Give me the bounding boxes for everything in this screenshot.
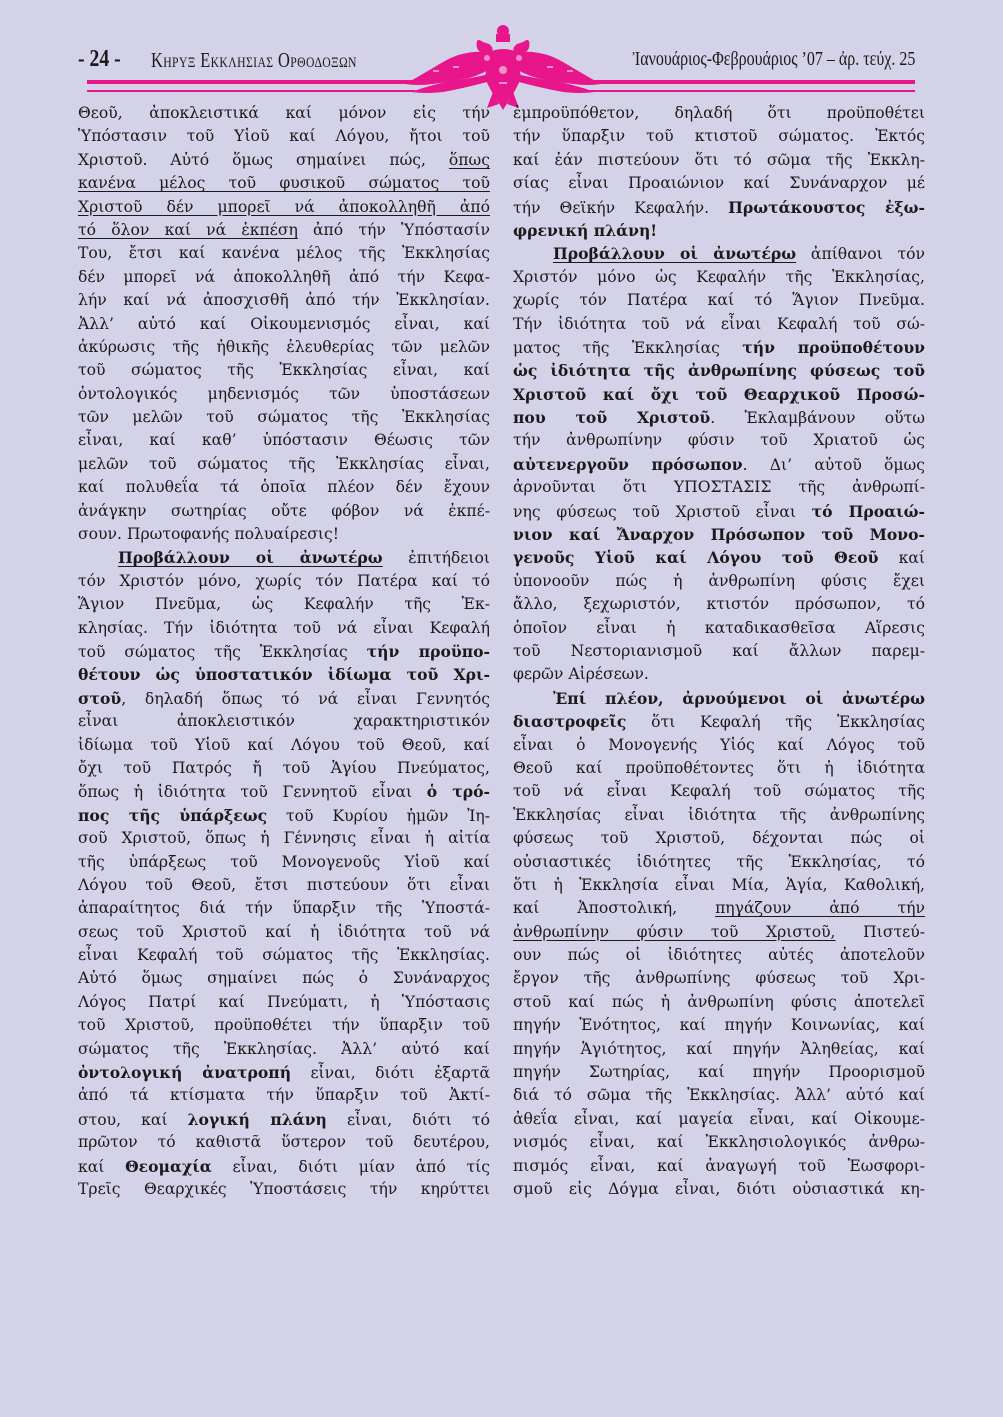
text-line: διά τό σῶμα τῆς Ἐκκλησίας. Ἀλλ’ αὐτό καί [513,1084,925,1107]
emphasis-text: διαστροφεῖς [513,712,626,731]
text-segment: τοῦ Κυρίου ἡμῶν Ἰη- [267,807,490,825]
text-line: Προβάλλουν οἱ ἀνωτέρω ἀπίθανοι τόν [513,242,925,265]
text-segment: στοῦ καί πώς ἡ ἀνθρωπίνη φύσις ἀποτελεῖ [513,993,925,1011]
text-segment: πρῶτον τό καθιστᾶ ὕστερον τοῦ δευτέρου, [78,1133,490,1151]
text-segment: φερῶν Αἱρέσεων. [513,665,649,683]
text-line: τοῦ σώματος τῆς Ἐκκλησίας τήν προϋπο- [78,640,490,663]
emphasis-text: πος τῆς ὑπάρξεως [78,806,267,825]
text-segment: τοῦ νά εἶναι Κεφαλή τοῦ σώματος τῆς [513,782,925,800]
text-segment: τοῦ σώματος τῆς Ἐκκλησίας εἶναι, καί [78,361,490,379]
text-segment: εἶναι, διότι μίαν ἀπό τίς [212,1158,490,1176]
text-line: γενοῦς Υἱοῦ καί Λόγου τοῦ Θεοῦ καί [513,546,925,569]
page-number: - 24 - [78,46,121,73]
text-segment: σμοῦ εἰς Δόγμα εἶναι, διότι οὐσιαστικά κ… [513,1180,925,1198]
text-segment: Τρεῖς Θεαρχικές Ὑποστάσεις τήν κηρύττει [78,1180,490,1198]
text-line: ουν πώς οἱ ἰδιότητες αὐτές ἀποτελοῦν [513,944,925,967]
text-line: Χριστόν μόνο ὡς Κεφαλήν τῆς Ἐκκλησίας, [513,266,925,289]
text-line: θέτουν ὡς ὑποστατικόν ἰδίωμα τοῦ Χρι- [78,663,490,686]
text-line: Χριστοῦ καί ὄχι τοῦ Θεαρχικοῦ Προσώ- [513,383,925,406]
text-line: Θεοῦ, ἀποκλειστικά καί μόνον εἰς τήν [78,102,490,125]
text-line: στου, καί λογική πλάνη εἶναι, διότι τό [78,1108,490,1131]
text-line: οὐσιαστικές ἰδιότητες τῆς Ἐκκλησίας, τό [513,851,925,874]
text-line: σμοῦ εἰς Δόγμα εἶναι, διότι οὐσιαστικά κ… [513,1178,925,1201]
emphasis-text: γενοῦς Υἱοῦ καί Λόγου τοῦ Θεοῦ [513,548,878,567]
text-segment: , δηλαδή ὅπως τό νά εἶναι Γεννητός [121,690,490,708]
emphasis-text: που τοῦ Χριστοῦ [513,408,710,427]
emphasis-text: Πρωτάκουστος ἐξω- [728,198,925,217]
text-line: νιον καί Ἄναρχον Πρόσωπον τοῦ Μονο- [513,523,925,546]
text-line: στοῦ καί πώς ἡ ἀνθρωπίνη φύσις ἀποτελεῖ [513,991,925,1014]
text-segment: χωρίς τόν Πατέρα καί τό Ἅγιον Πνεῦμα. [513,291,925,309]
text-line: σώματος τῆς Ἐκκλησίας. Ἀλλ’ αὐτό καί [78,1038,490,1061]
text-segment: ἀκύρωσις τῆς ἠθικῆς ἐλευθερίας τῶν μελῶν [78,338,490,356]
text-segment: κλησίας. Τήν ἰδιότητα τοῦ νά εἶναι Κεφαλ… [78,619,490,637]
emphasis-text: τήν προϋποθέτουν [742,338,925,357]
text-segment: Πιστεύ- [836,923,925,941]
text-line: ἔργον τῆς ἀνθρωπίνης φύσεως τοῦ Χρι- [513,967,925,990]
text-segment: τόν Χριστόν μόνο, χωρίς τόν Πατέρα καί τ… [78,572,490,590]
text-segment: διά τό σῶμα τῆς Ἐκκλησίας. Ἀλλ’ αὐτό καί [513,1086,925,1104]
text-segment: ὀντολογικός μηδενισμός τῶν ὑποστάσεων [78,385,490,403]
text-segment: ἀνάγκην σωτηρίας οὔτε φόβον νά ἐκπέ- [78,502,490,520]
text-segment: εἶναι, διότι ἐξαρτᾶ [291,1064,490,1082]
text-segment: ἐμπροϋπόθετον, δηλαδή ὅτι προϋποθέτει [513,104,925,122]
text-segment: ὑπονοοῦν πώς ἡ ἀνθρωπίνη φύσις ἔχει [513,572,925,590]
text-line: Αὐτό ὅμως σημαίνει πώς ὁ Συνάναρχος [78,967,490,990]
text-line: ὀντολογική ἀνατροπή εἶναι, διότι ἐξαρτᾶ [78,1061,490,1084]
text-line: Ἐπί πλέον, ἀρνούμενοι οἱ ἀνωτέρω [513,687,925,710]
text-line: Τρεῖς Θεαρχικές Ὑποστάσεις τήν κηρύττει [78,1178,490,1201]
text-line: εἶναι Κεφαλή τοῦ σώματος τῆς Ἐκκλησίας. [78,944,490,967]
text-line: ὅπως ἡ ἰδιότητα τοῦ Γεννητοῦ εἶναι ὁ τρό… [78,780,490,803]
text-line: Λόγου τοῦ Θεοῦ, ἔτσι πιστεύουν ὅτι εἶναι [78,874,490,897]
text-segment: λήν καί νά ἀποσχισθῆ ἀπό τήν Ἐκκλησίαν. [78,291,490,309]
text-line: διαστροφεῖς ὅτι Κεφαλή τῆς Ἐκκλησίας [513,710,925,733]
text-segment: Ὑπόστασιν τοῦ Υἱοῦ καί Λόγου, ἤτοι τοῦ [78,127,490,145]
text-line: Λόγος Πατρί καί Πνεύματι, ἡ Ὑπόστασις [78,991,490,1014]
text-line: φρενική πλάνη! [513,219,925,242]
text-segment: ἀπό τήν Ὑπόστασίν [298,221,490,239]
text-segment: τήν Θεϊκήν Κεφαλήν. [513,199,728,217]
text-line: φύσεως τοῦ Χριστοῦ, δέχονται πώς οἱ [513,827,925,850]
journal-title: Κηρυξ Εκκλησιας Ορθοδοξων [151,48,357,73]
text-segment: πηγήν Ἑνότητος, καί πηγήν Κοινωνίας, καί [513,1016,925,1034]
text-line: ὀντολογικός μηδενισμός τῶν ὑποστάσεων [78,383,490,406]
text-line: καί Ἀποστολική, πηγάζουν ἀπό τήν [513,897,925,920]
text-line: ὄχι τοῦ Πατρός ἤ τοῦ Ἁγίου Πνεύματος, [78,757,490,780]
text-segment: τοῦ Νεστοριανισμοῦ καί ἄλλων παρεμ- [513,642,925,660]
text-line: ὡς ἰδιότητα τῆς ἀνθρωπίνης φύσεως τοῦ [513,359,925,382]
text-segment: δέν μπορεῖ νά ἀποκολληθῆ ἀπό τήν Κεφα- [78,268,490,286]
text-segment: ὁποῖον εἶναι ἡ καταδικασθεῖσα Αἵρεσις [513,619,925,637]
text-segment: Θεοῦ, ἀποκλειστικά καί μόνον εἰς τήν [78,104,490,122]
text-line: Ἐκκλησίας εἶναι ἰδιότητα τῆς ἀνθρωπίνης [513,804,925,827]
text-line: Ὑπόστασιν τοῦ Υἱοῦ καί Λόγου, ἤτοι τοῦ [78,125,490,148]
text-segment: ἔργον τῆς ἀνθρωπίνης φύσεως τοῦ Χρι- [513,969,925,987]
underlined-text: Χριστοῦ δέν μπορεῖ νά ἀποκολληθῆ ἀπό [78,198,490,216]
text-segment: τῶν μελῶν τοῦ σώματος τῆς Ἐκκλησίας [78,408,490,426]
text-segment: νης φύσεως τοῦ Χριστοῦ εἶναι [513,503,812,521]
header-rule-left-thick [87,80,415,84]
text-line: ἄλλο, ξεχωριστόν, κτιστόν πρόσωπον, τό [513,593,925,616]
header-rule-right-thick [588,80,915,84]
text-segment: ὅτι ἡ Ἐκκλησία εἶναι Μία, Ἁγία, Καθολική… [513,876,925,894]
text-segment: καί [878,549,925,567]
text-line: ἀκύρωσις τῆς ἠθικῆς ἐλευθερίας τῶν μελῶν [78,336,490,359]
emphasis-text: στοῦ [78,689,121,708]
text-segment: μελῶν τοῦ σώματος τῆς Ἐκκλησίας εἶναι, [78,455,490,473]
text-line: ἀνθρωπίνην φύσιν τοῦ Χριστοῦ, Πιστεύ- [513,921,925,944]
text-line: τοῦ σώματος τῆς Ἐκκλησίας εἶναι, καί [78,359,490,382]
text-line: κανένα μέλος τοῦ φυσικοῦ σώματος τοῦ [78,172,490,195]
text-segment: ἀθεΐα εἶναι, καί μαγεία εἶναι, καί Οἰκου… [513,1110,925,1128]
text-line: στοῦ, δηλαδή ὅπως τό νά εἶναι Γεννητός [78,687,490,710]
text-segment: ἐπιτήδειοι [383,549,490,567]
text-segment: Ἐκκλησίας εἶναι ἰδιότητα τῆς ἀνθρωπίνης [513,806,925,824]
emphasis-text: ὁ τρό- [427,782,490,801]
text-segment: Θεοῦ καί προϋποθέτοντες ὅτι ἡ ἰδιότητα [513,759,925,777]
text-segment: τήν ὕπαρξιν τοῦ κτιστοῦ σώματος. Ἐκτός [513,127,925,145]
underlined-text: τό ὅλον καί νά ἐκπέση [78,221,298,239]
text-segment: Τήν ἰδιότητα τοῦ νά εἶναι Κεφαλή τοῦ σώ- [513,315,925,333]
text-line: Ἅγιον Πνεῦμα, ὡς Κεφαλήν τῆς Ἐκ- [78,593,490,616]
emphasis-text: νιον καί Ἄναρχον Πρόσωπον τοῦ Μονο- [513,525,925,544]
text-line: πος τῆς ὑπάρξεως τοῦ Κυρίου ἡμῶν Ἰη- [78,804,490,827]
text-line: μελῶν τοῦ σώματος τῆς Ἐκκλησίας εἶναι, [78,453,490,476]
text-line: τῶν μελῶν τοῦ σώματος τῆς Ἐκκλησίας [78,406,490,429]
text-line: λήν καί νά ἀποσχισθῆ ἀπό τήν Ἐκκλησίαν. [78,289,490,312]
text-segment: ἀπαραίτητος διά τήν ὕπαρξιν τῆς Ὑποστά- [78,899,490,917]
text-line: ἀπαραίτητος διά τήν ὕπαρξιν τῆς Ὑποστά- [78,897,490,920]
text-segment: Του, ἔτσι καί κανένα μέλος τῆς Ἐκκλησίας [78,244,490,262]
text-line: τοῦ νά εἶναι Κεφαλή τοῦ σώματος τῆς [513,780,925,803]
text-segment: καί πολυθεΐα τά ὁποῖα πλέον δέν ἔχουν [78,478,490,496]
text-line: σοῦ Χριστοῦ, ὅπως ἡ Γέννησις εἶναι ἡ αἰτ… [78,827,490,850]
text-line: ἀνάγκην σωτηρίας οὔτε φόβον νά ἐκπέ- [78,500,490,523]
text-line: δέν μπορεῖ νά ἀποκολληθῆ ἀπό τήν Κεφα- [78,266,490,289]
text-segment: πηγήν Σωτηρίας, καί πηγήν Προορισμοῦ [513,1063,925,1081]
text-segment: Χριστοῦ. Αὐτό ὅμως σημαίνει πώς, [78,151,449,169]
text-segment: καί ἐάν πιστεύουν ὅτι τό σῶμα τῆς Ἐκκλη- [513,151,925,169]
text-line: σουν. Πρωτοφανής πολυαίρεσις! [78,523,490,546]
double-headed-eagle-icon [403,22,603,112]
text-line: ἀθεΐα εἶναι, καί μαγεία εἶναι, καί Οἰκου… [513,1108,925,1131]
text-line: Προβάλλουν οἱ ἀνωτέρω ἐπιτήδειοι [78,546,490,569]
underlined-text: πηγάζουν ἀπό τήν [715,899,925,917]
text-line: τόν Χριστόν μόνο, χωρίς τόν Πατέρα καί τ… [78,570,490,593]
emphasis-text: φρενική πλάνη! [513,221,657,240]
text-segment: εἶναι, διότι τό [327,1111,490,1129]
text-line: αὐτενεργοῦν πρόσωπον. Δι’ αὐτοῦ ὅμως [513,453,925,476]
text-line: νισμός εἶναι, καί Ἐκκλησιολογικός ἀνθρω- [513,1131,925,1154]
text-segment: ἀρνοῦνται ὅτι ΥΠΟΣΤΑΣΙΣ τῆς ἀνθρωπί- [513,478,925,496]
text-segment: φύσεως τοῦ Χριστοῦ, δέχονται πώς οἱ [513,829,925,847]
text-line: χωρίς τόν Πατέρα καί τό Ἅγιον Πνεῦμα. [513,289,925,312]
text-segment: εἶναι ὁ Μονογενής Υἱός καί Λόγος τοῦ [513,736,925,754]
text-segment: νισμός εἶναι, καί Ἐκκλησιολογικός ἀνθρω- [513,1133,925,1151]
text-line: Χριστοῦ. Αὐτό ὅμως σημαίνει πώς, ὅπως [78,149,490,172]
text-segment: εἶναι, καί καθ’ ὑπόστασιν Θέωσις τῶν [78,431,490,449]
text-segment: ὅπως ἡ ἰδιότητα τοῦ Γεννητοῦ εἶναι [78,783,427,801]
text-segment: ἀπίθανοι τόν [796,245,925,263]
text-segment: . Ἐκλαμβάνουν οὕτω [710,409,925,427]
text-segment: Χριστόν μόνο ὡς Κεφαλήν τῆς Ἐκκλησίας, [513,268,925,286]
header-rule-right-thin [588,90,915,92]
text-line: εἶναι ἀποκλειστικόν χαρακτηριστικόν [78,710,490,733]
text-line: Ἀλλ’ αὐτό καί Οἰκουμενισμός εἶναι, καί [78,313,490,336]
text-line: Τήν ἰδιότητα τοῦ νά εἶναι Κεφαλή τοῦ σώ- [513,313,925,336]
text-segment: στου, καί [78,1111,188,1129]
underlined-text: ἀνθρωπίνην φύσιν τοῦ Χριστοῦ, [513,923,836,941]
text-line: σίας εἶναι Προαιώνιον καί Συνάναρχον μέ [513,172,925,195]
text-line: που τοῦ Χριστοῦ. Ἐκλαμβάνουν οὕτω [513,406,925,429]
text-line: ὁποῖον εἶναι ἡ καταδικασθεῖσα Αἵρεσις [513,617,925,640]
text-segment: τοῦ Χριστοῦ, προϋποθέτει τήν ὕπαρξιν τοῦ [78,1016,490,1034]
text-segment: σίας εἶναι Προαιώνιον καί Συνάναρχον μέ [513,174,925,192]
text-line: τοῦ Χριστοῦ, προϋποθέτει τήν ὕπαρξιν τοῦ [78,1014,490,1037]
text-line: Θεοῦ καί προϋποθέτοντες ὅτι ἡ ἰδιότητα [513,757,925,780]
text-line: ἀρνοῦνται ὅτι ΥΠΟΣΤΑΣΙΣ τῆς ἀνθρωπί- [513,476,925,499]
text-segment: καί [78,1158,125,1176]
text-segment: τοῦ σώματος τῆς Ἐκκλησίας [78,643,367,661]
text-segment: ἰδίωμα τοῦ Υἱοῦ καί Λόγου τοῦ Θεοῦ, καί [78,736,490,754]
emphasis-text: Προβάλλουν οἱ ἀνωτέρω [553,244,796,263]
text-line: εἶναι, καί καθ’ ὑπόστασιν Θέωσις τῶν [78,429,490,452]
header-rule-left-thin [87,90,415,92]
emphasis-text: Θεομαχία [125,1157,212,1176]
text-segment: σεως τοῦ Χριστοῦ καί ἡ ἰδιότητα τοῦ νά [78,923,490,941]
text-segment: Αὐτό ὅμως σημαίνει πώς ὁ Συνάναρχος [78,969,490,987]
underlined-text: κανένα μέλος τοῦ φυσικοῦ σώματος τοῦ [78,174,490,192]
text-line: φερῶν Αἱρέσεων. [513,663,925,686]
text-segment: εἶναι Κεφαλή τοῦ σώματος τῆς Ἐκκλησίας. [78,946,490,964]
text-segment: ὄχι τοῦ Πατρός ἤ τοῦ Ἁγίου Πνεύματος, [78,759,490,777]
underlined-text: ὅπως [449,151,490,169]
text-segment: Λόγου τοῦ Θεοῦ, ἔτσι πιστεύουν ὅτι εἶναι [78,876,490,894]
emphasis-text: Ἐπί πλέον, ἀρνούμενοι οἱ ἀνωτέρω [553,689,925,708]
emphasis-text: ὀντολογική ἀνατροπή [78,1063,291,1082]
text-segment: Λόγος Πατρί καί Πνεύματι, ἡ Ὑπόστασις [78,993,490,1011]
text-line: τήν ὕπαρξιν τοῦ κτιστοῦ σώματος. Ἐκτός [513,125,925,148]
article-column-right: ἐμπροϋπόθετον, δηλαδή ὅτι προϋποθέτειτήν… [513,102,925,1201]
emphasis-text: λογική πλάνη [188,1110,327,1129]
text-line: νης φύσεως τοῦ Χριστοῦ εἶναι τό Προαιώ- [513,500,925,523]
article-column-left: Θεοῦ, ἀποκλειστικά καί μόνον εἰς τήνὙπόσ… [78,102,490,1201]
text-line: τό ὅλον καί νά ἐκπέση ἀπό τήν Ὑπόστασίν [78,219,490,242]
text-segment: πισμός εἶναι, καί ἀναγωγή τοῦ Ἑωσφορι- [513,1157,925,1175]
text-line: ὑπονοοῦν πώς ἡ ἀνθρωπίνη φύσις ἔχει [513,570,925,593]
text-segment: τῆς ὑπάρξεως τοῦ Μονογενοῦς Υἱοῦ καί [78,853,490,871]
text-segment: οὐσιαστικές ἰδιότητες τῆς Ἐκκλησίας, τό [513,853,925,871]
text-line: πισμός εἶναι, καί ἀναγωγή τοῦ Ἑωσφορι- [513,1155,925,1178]
text-segment: σουν. Πρωτοφανής πολυαίρεσις! [78,525,339,543]
issue-date: Ἰανουάριος-Φεβρουάριος ’07 – ἀρ. τεύχ. 2… [632,48,915,71]
text-segment: Ἅγιον Πνεῦμα, ὡς Κεφαλήν τῆς Ἐκ- [78,595,490,613]
emphasis-text: ὡς ἰδιότητα τῆς ἀνθρωπίνης φύσεως τοῦ [513,361,925,380]
text-line: Χριστοῦ δέν μπορεῖ νά ἀποκολληθῆ ἀπό [78,196,490,219]
text-segment: ματος τῆς Ἐκκλησίας [513,339,742,357]
text-segment: . Δι’ αὐτοῦ ὅμως [743,456,925,474]
text-line: ὅτι ἡ Ἐκκλησία εἶναι Μία, Ἁγία, Καθολική… [513,874,925,897]
emphasis-text: θέτουν ὡς ὑποστατικόν ἰδίωμα τοῦ Χρι- [78,665,490,684]
page-header: - 24 - Κηρυξ Εκκλησιας Ορθοδοξων [0,0,1003,110]
text-segment: πηγήν Ἁγιότητος, καί πηγήν Ἀληθείας, καί [513,1040,925,1058]
text-line: καί πολυθεΐα τά ὁποῖα πλέον δέν ἔχουν [78,476,490,499]
text-line: τῆς ὑπάρξεως τοῦ Μονογενοῦς Υἱοῦ καί [78,851,490,874]
text-line: σεως τοῦ Χριστοῦ καί ἡ ἰδιότητα τοῦ νά [78,921,490,944]
text-line: Του, ἔτσι καί κανένα μέλος τῆς Ἐκκλησίας [78,242,490,265]
text-line: ἰδίωμα τοῦ Υἱοῦ καί Λόγου τοῦ Θεοῦ, καί [78,734,490,757]
text-segment: Ἀλλ’ αὐτό καί Οἰκουμενισμός εἶναι, καί [78,315,490,333]
text-line: εἶναι ὁ Μονογενής Υἱός καί Λόγος τοῦ [513,734,925,757]
text-line: ματος τῆς Ἐκκλησίας τήν προϋποθέτουν [513,336,925,359]
text-segment: καί Ἀποστολική, [513,899,715,917]
emphasis-text: Χριστοῦ καί ὄχι τοῦ Θεαρχικοῦ Προσώ- [513,385,925,404]
text-line: καί Θεομαχία εἶναι, διότι μίαν ἀπό τίς [78,1155,490,1178]
text-segment: ἄλλο, ξεχωριστόν, κτιστόν πρόσωπον, τό [513,595,925,613]
text-segment: τήν ἀνθρωπίνην φύσιν τοῦ Χριατοῦ ὡς [513,431,925,449]
text-line: πηγήν Σωτηρίας, καί πηγήν Προορισμοῦ [513,1061,925,1084]
emphasis-text: αὐτενεργοῦν πρόσωπον [513,455,743,474]
emphasis-text: τήν προϋπο- [367,642,490,661]
emphasis-text: τό Προαιώ- [812,502,925,521]
text-segment: ὅτι Κεφαλή τῆς Ἐκκλησίας [626,713,925,731]
text-line: πρῶτον τό καθιστᾶ ὕστερον τοῦ δευτέρου, [78,1131,490,1154]
text-segment: ἀπό τά κτίσματα τήν ὕπαρξιν τοῦ Ἀκτί- [78,1086,490,1104]
text-line: ἐμπροϋπόθετον, δηλαδή ὅτι προϋποθέτει [513,102,925,125]
text-segment: εἶναι ἀποκλειστικόν χαρακτηριστικόν [78,712,490,730]
text-line: καί ἐάν πιστεύουν ὅτι τό σῶμα τῆς Ἐκκλη- [513,149,925,172]
text-segment: σώματος τῆς Ἐκκλησίας. Ἀλλ’ αὐτό καί [78,1040,490,1058]
text-line: τήν ἀνθρωπίνην φύσιν τοῦ Χριατοῦ ὡς [513,429,925,452]
text-line: πηγήν Ἁγιότητος, καί πηγήν Ἀληθείας, καί [513,1038,925,1061]
emphasis-text: Προβάλλουν οἱ ἀνωτέρω [118,548,383,567]
text-line: κλησίας. Τήν ἰδιότητα τοῦ νά εἶναι Κεφαλ… [78,617,490,640]
text-line: πηγήν Ἑνότητος, καί πηγήν Κοινωνίας, καί [513,1014,925,1037]
text-line: τήν Θεϊκήν Κεφαλήν. Πρωτάκουστος ἐξω- [513,196,925,219]
text-line: τοῦ Νεστοριανισμοῦ καί ἄλλων παρεμ- [513,640,925,663]
text-segment: ουν πώς οἱ ἰδιότητες αὐτές ἀποτελοῦν [513,946,925,964]
text-segment: σοῦ Χριστοῦ, ὅπως ἡ Γέννησις εἶναι ἡ αἰτ… [78,829,490,847]
text-line: ἀπό τά κτίσματα τήν ὕπαρξιν τοῦ Ἀκτί- [78,1084,490,1107]
